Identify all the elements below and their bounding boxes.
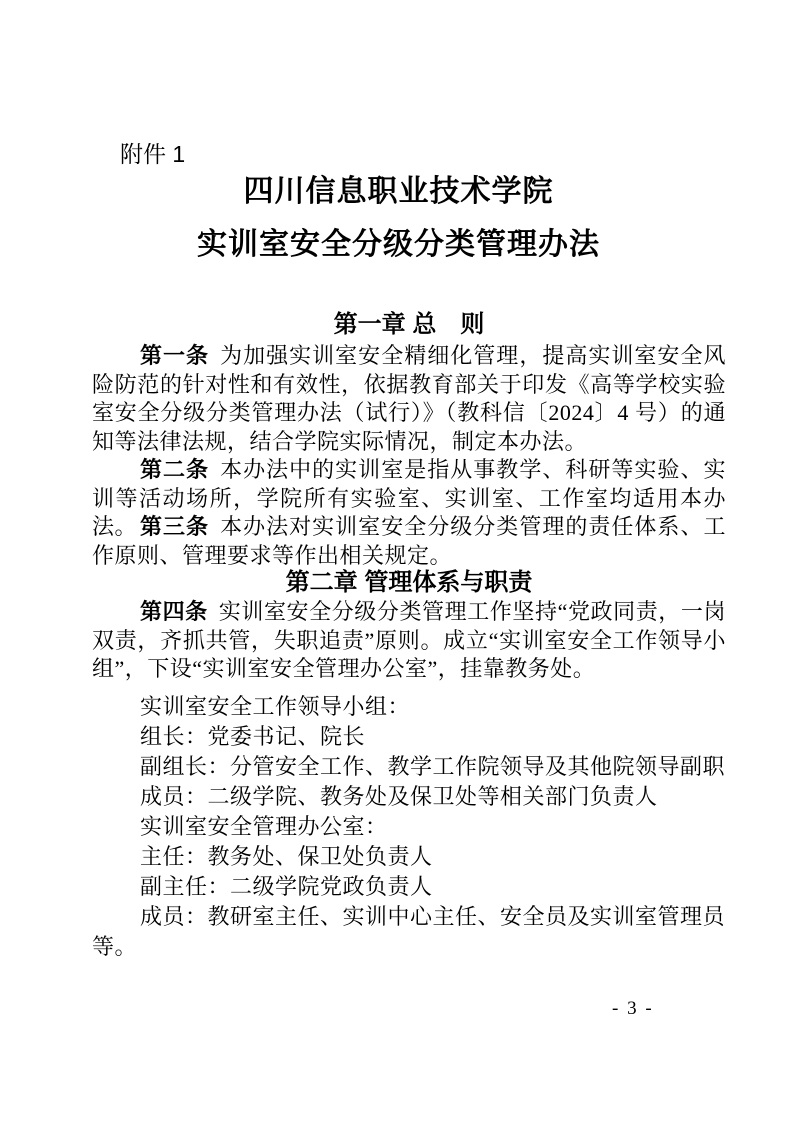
org-line-group-members: 成员：二级学院、教务处及保卫处等相关部门负责人 (92, 782, 726, 812)
article-1-paragraph: 第一条为加强实训室安全精细化管理，提高实训室安全风险防范的针对性和有效性，依据教… (92, 342, 726, 456)
chapter2-heading: 第二章 管理体系与职责 (92, 568, 726, 598)
org-line-leading-group-title: 实训室安全工作领导小组： (92, 692, 726, 722)
org-line-office-deputy: 副主任：二级学院党政负责人 (92, 872, 726, 902)
org-line-deputy-group-leader: 副组长：分管安全工作、教学工作院领导及其他院领导副职 (92, 752, 726, 782)
attachment-label: 附件 1 (120, 140, 185, 168)
document-page: 附件 1 四川信息职业技术学院 实训室安全分级分类管理办法 第一章 总 则 第一… (0, 0, 793, 1122)
org-structure-list: 实训室安全工作领导小组： 组长：党委书记、院长 副组长：分管安全工作、教学工作院… (92, 692, 726, 962)
article-4-paragraph: 第四条实训室安全分级分类管理工作坚持“党政同责，一岗双责，齐抓共管，失职追责”原… (92, 598, 726, 684)
org-line-group-leader: 组长：党委书记、院长 (92, 722, 726, 752)
article-3-label: 第三条 (140, 514, 209, 539)
org-line-office-members: 成员：教研室主任、实训中心主任、安全员及实训室管理员等。 (92, 902, 726, 962)
article-2-label: 第二条 (140, 457, 209, 482)
chapter1-heading: 第一章 总 则 (92, 310, 726, 340)
org-line-office-title: 实训室安全管理办公室： (92, 812, 726, 842)
article-4-label: 第四条 (140, 599, 208, 624)
page-number: - 3 - (612, 998, 654, 1020)
article-1-label: 第一条 (140, 343, 209, 368)
document-title-line2: 实训室安全分级分类管理办法 (92, 227, 705, 263)
document-title-line1: 四川信息职业技术学院 (92, 174, 705, 210)
article-3-paragraph: 第三条本办法对实训室安全分级分类管理的责任体系、工作原则、管理要求等作出相关规定… (92, 513, 726, 570)
org-line-office-director: 主任：教务处、保卫处负责人 (92, 842, 726, 872)
